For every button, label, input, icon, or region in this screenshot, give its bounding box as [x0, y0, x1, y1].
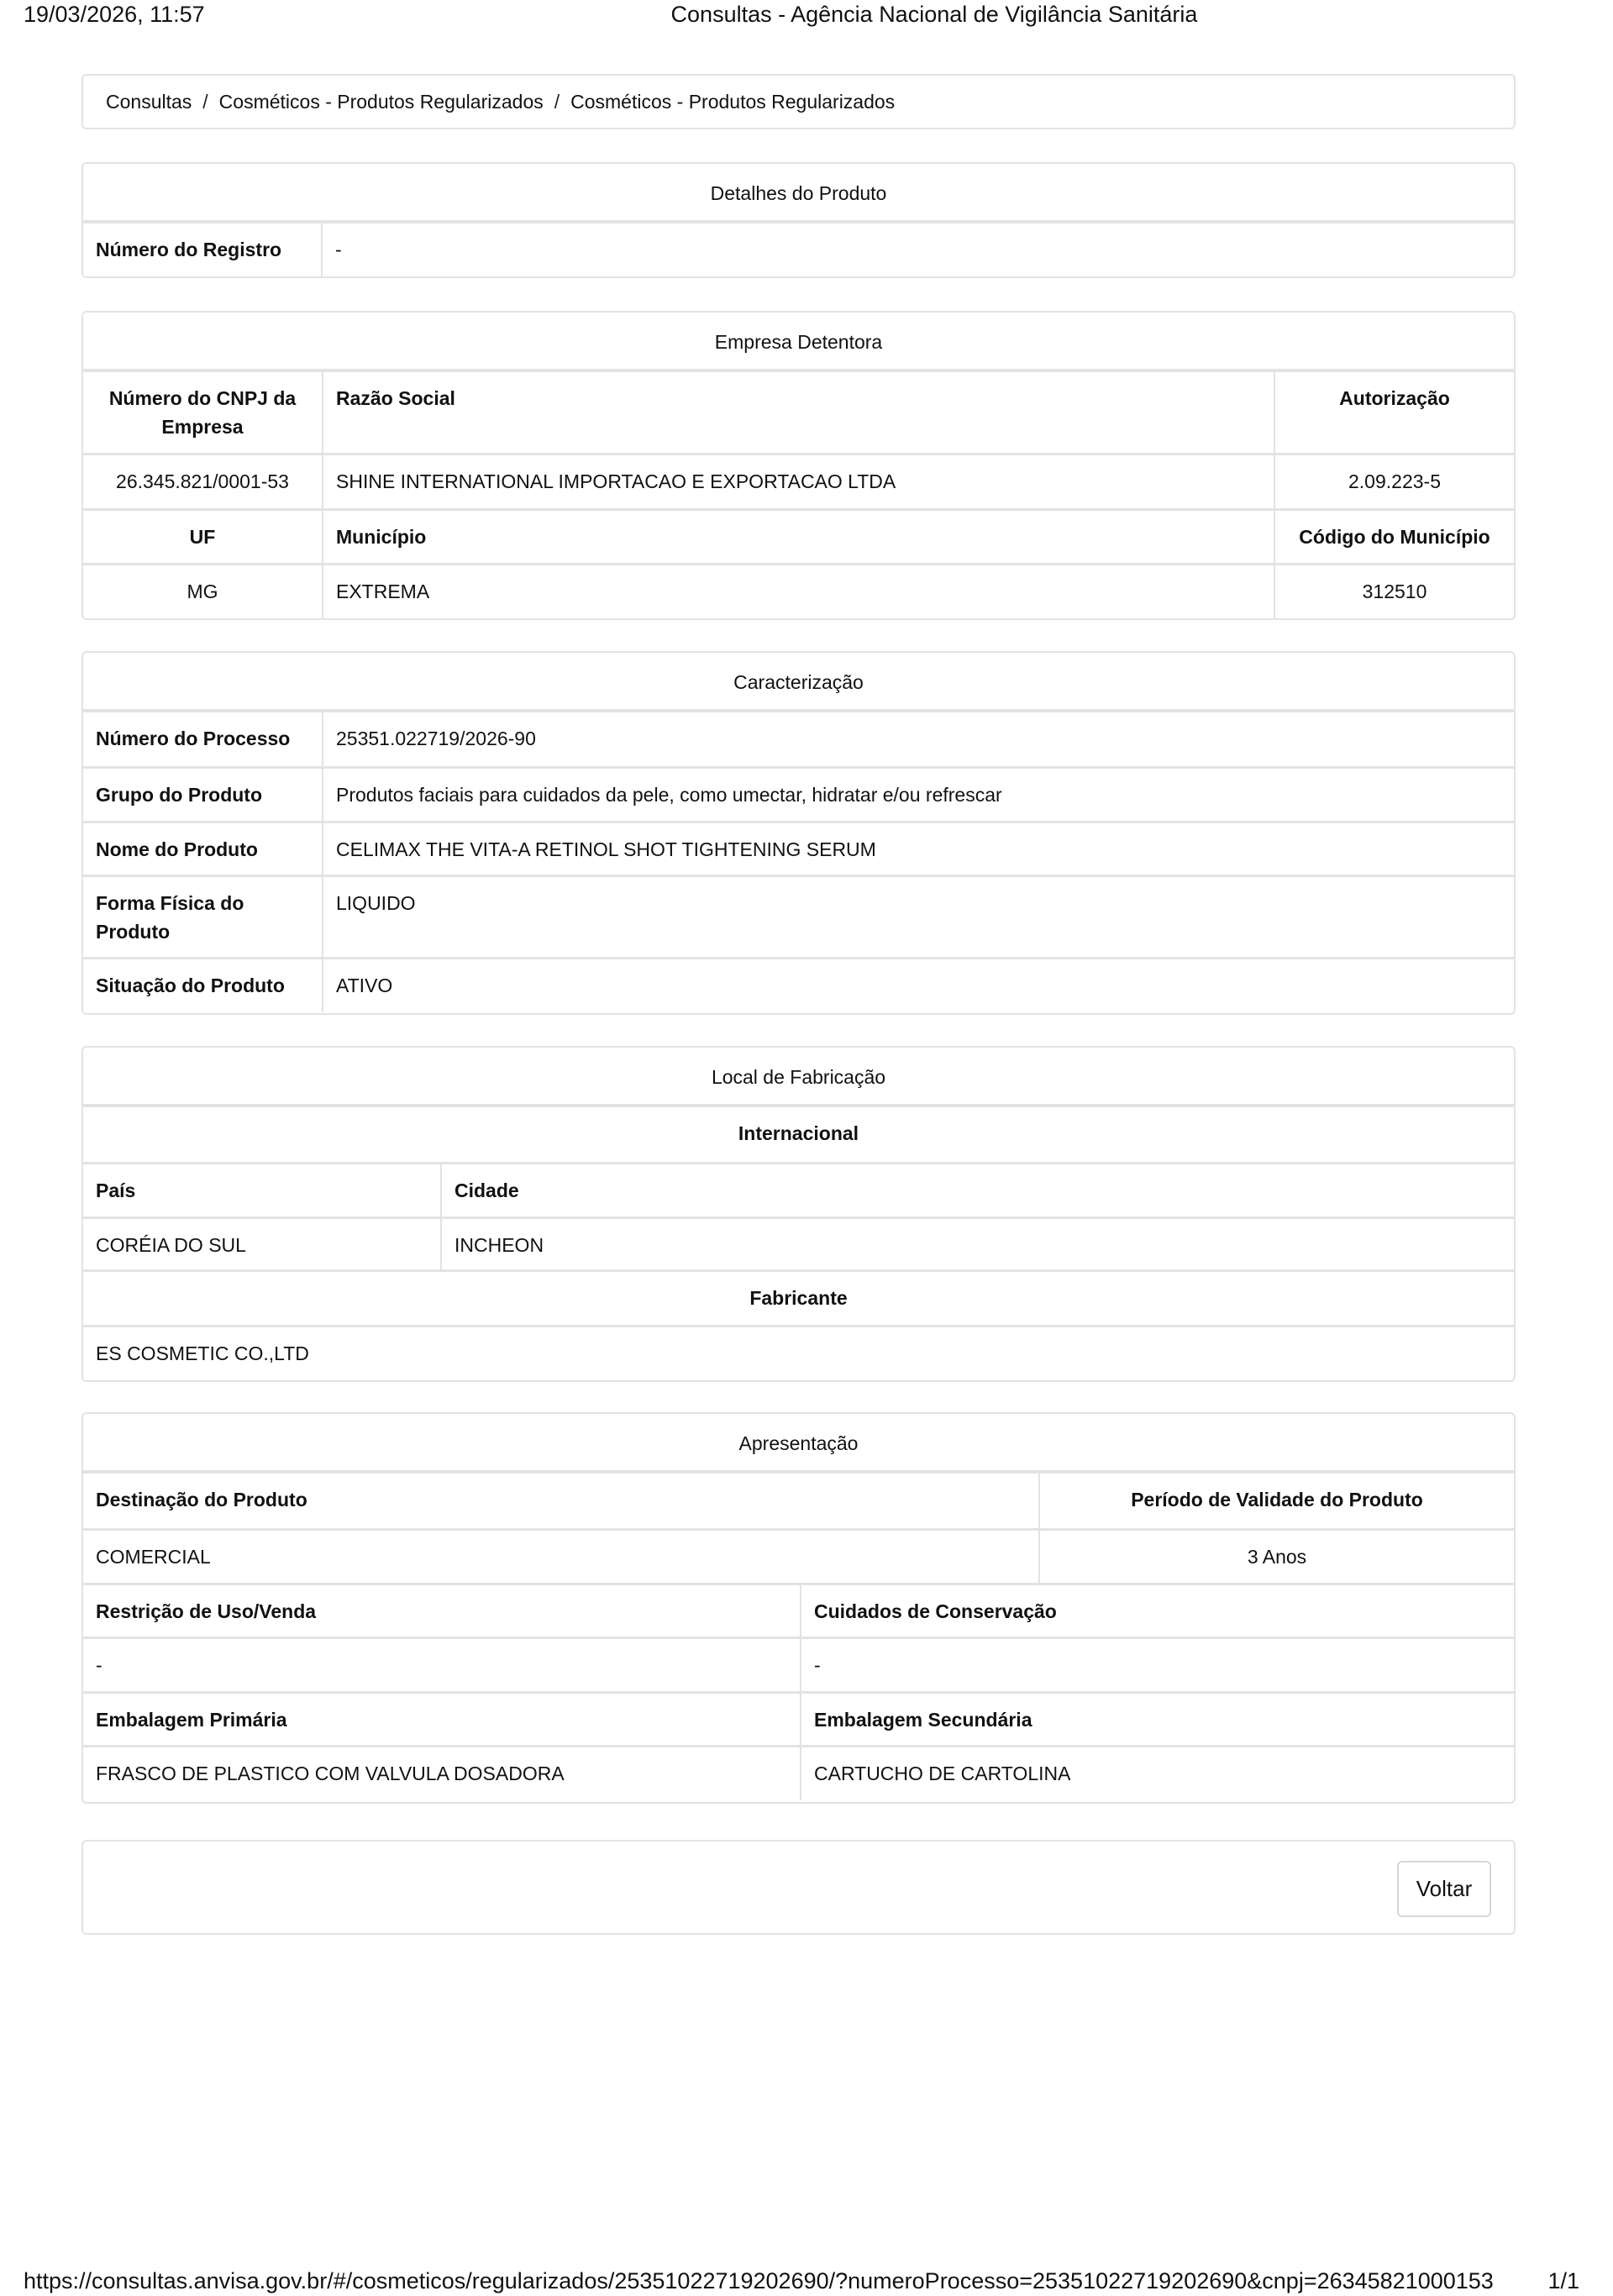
actions-panel: Voltar — [81, 1840, 1516, 1935]
embalagem-primaria-value: FRASCO DE PLASTICO COM VALVULA DOSADORA — [83, 1747, 801, 1800]
panel-title-empresa: Empresa Detentora — [83, 313, 1514, 372]
breadcrumb-item-consultas[interactable]: Consultas — [106, 91, 192, 113]
fabricante-value: ES COSMETIC CO.,LTD — [83, 1326, 1514, 1379]
breadcrumb-item-cosmeticos[interactable]: Cosméticos - Produtos Regularizados — [219, 91, 544, 113]
cidade-header: Cidade — [441, 1163, 1514, 1217]
situacao-produto-label: Situação do Produto — [83, 958, 323, 1012]
forma-fisica-label: Forma Física do Produto — [83, 875, 323, 958]
print-url: https://consultas.anvisa.gov.br/#/cosmet… — [24, 2266, 1494, 2296]
cidade-value: INCHEON — [441, 1217, 1514, 1270]
apresentacao-table-2: Restrição de Uso/Venda Cuidados de Conse… — [83, 1583, 1514, 1800]
fabricante-header: Fabricante — [83, 1270, 1514, 1326]
detalhes-table: Número do Registro - — [83, 223, 1514, 276]
autorizacao-header: Autorização — [1274, 372, 1514, 454]
nome-produto-value: CELIMAX THE VITA-A RETINOL SHOT TIGHTENI… — [323, 822, 1514, 875]
forma-fisica-value: LIQUIDO — [323, 875, 1514, 958]
validade-header: Período de Validade do Produto — [1039, 1474, 1514, 1529]
page-indicator: 1/1 — [1547, 2266, 1579, 2296]
destinacao-value: COMERCIAL — [83, 1529, 1039, 1583]
panel-title-detalhes: Detalhes do Produto — [83, 164, 1514, 223]
apresentacao-table-1: Destinação do Produto Período de Validad… — [83, 1474, 1514, 1583]
destinacao-header: Destinação do Produto — [83, 1474, 1039, 1529]
internacional-header: Internacional — [83, 1107, 1514, 1163]
breadcrumb-item-current: Cosméticos - Produtos Regularizados — [570, 91, 895, 113]
embalagem-secundaria-header: Embalagem Secundária — [801, 1693, 1514, 1747]
grupo-produto-value: Produtos faciais para cuidados da pele, … — [323, 767, 1514, 822]
restricao-value: - — [83, 1638, 801, 1693]
breadcrumb-separator: / — [544, 91, 570, 113]
numero-registro-label: Número do Registro — [83, 223, 322, 276]
codigo-municipio-header: Código do Município — [1274, 509, 1514, 564]
validade-value: 3 Anos — [1039, 1529, 1514, 1583]
panel-title-local-fabricacao: Local de Fabricação — [83, 1048, 1514, 1107]
pais-header: País — [83, 1163, 441, 1217]
print-footer: https://consultas.anvisa.gov.br/#/cosmet… — [0, 2266, 1613, 2296]
print-page-title: Consultas - Agência Nacional de Vigilânc… — [0, 0, 1613, 29]
numero-registro-value: - — [322, 223, 1514, 276]
panel-caracterizacao: Caracterização Número do Processo 25351.… — [81, 651, 1516, 1015]
razao-social-header: Razão Social — [323, 372, 1274, 454]
panel-title-apresentacao: Apresentação — [83, 1414, 1514, 1474]
cnpj-value: 26.345.821/0001-53 — [83, 454, 323, 509]
panel-title-caracterizacao: Caracterização — [83, 653, 1514, 712]
restricao-header: Restrição de Uso/Venda — [83, 1584, 801, 1638]
conservacao-header: Cuidados de Conservação — [801, 1584, 1514, 1638]
embalagem-secundaria-value: CARTUCHO DE CARTOLINA — [801, 1747, 1514, 1800]
pais-value: CORÉIA DO SUL — [83, 1217, 441, 1270]
caracterizacao-table: Número do Processo 25351.022719/2026-90 … — [83, 712, 1514, 1012]
razao-social-value: SHINE INTERNATIONAL IMPORTACAO E EXPORTA… — [323, 454, 1274, 509]
panel-detalhes-produto: Detalhes do Produto Número do Registro - — [81, 162, 1516, 278]
numero-processo-label: Número do Processo — [83, 712, 323, 767]
breadcrumb-separator: / — [192, 91, 218, 113]
situacao-produto-value: ATIVO — [323, 958, 1514, 1012]
breadcrumb: Consultas/Cosméticos - Produtos Regulari… — [81, 74, 1516, 129]
print-header: 19/03/2026, 11:57 Consultas - Agência Na… — [0, 0, 1613, 29]
nome-produto-label: Nome do Produto — [83, 822, 323, 875]
autorizacao-value: 2.09.223-5 — [1274, 454, 1514, 509]
conservacao-value: - — [801, 1638, 1514, 1693]
uf-value: MG — [83, 564, 323, 618]
grupo-produto-label: Grupo do Produto — [83, 767, 323, 822]
uf-header: UF — [83, 509, 323, 564]
panel-apresentacao: Apresentação Destinação do Produto Perío… — [81, 1412, 1516, 1804]
embalagem-primaria-header: Embalagem Primária — [83, 1693, 801, 1747]
panel-empresa-detentora: Empresa Detentora Número do CNPJ da Empr… — [81, 311, 1516, 620]
codigo-municipio-value: 312510 — [1274, 564, 1514, 618]
numero-processo-value: 25351.022719/2026-90 — [323, 712, 1514, 767]
panel-local-fabricacao: Local de Fabricação Internacional País C… — [81, 1046, 1516, 1382]
cnpj-header: Número do CNPJ da Empresa — [83, 372, 323, 454]
voltar-button[interactable]: Voltar — [1397, 1861, 1491, 1917]
municipio-value: EXTREMA — [323, 564, 1274, 618]
empresa-table: Número do CNPJ da Empresa Razão Social A… — [83, 372, 1514, 618]
municipio-header: Município — [323, 509, 1274, 564]
local-fabricacao-table: Internacional País Cidade CORÉIA DO SUL … — [83, 1107, 1514, 1379]
